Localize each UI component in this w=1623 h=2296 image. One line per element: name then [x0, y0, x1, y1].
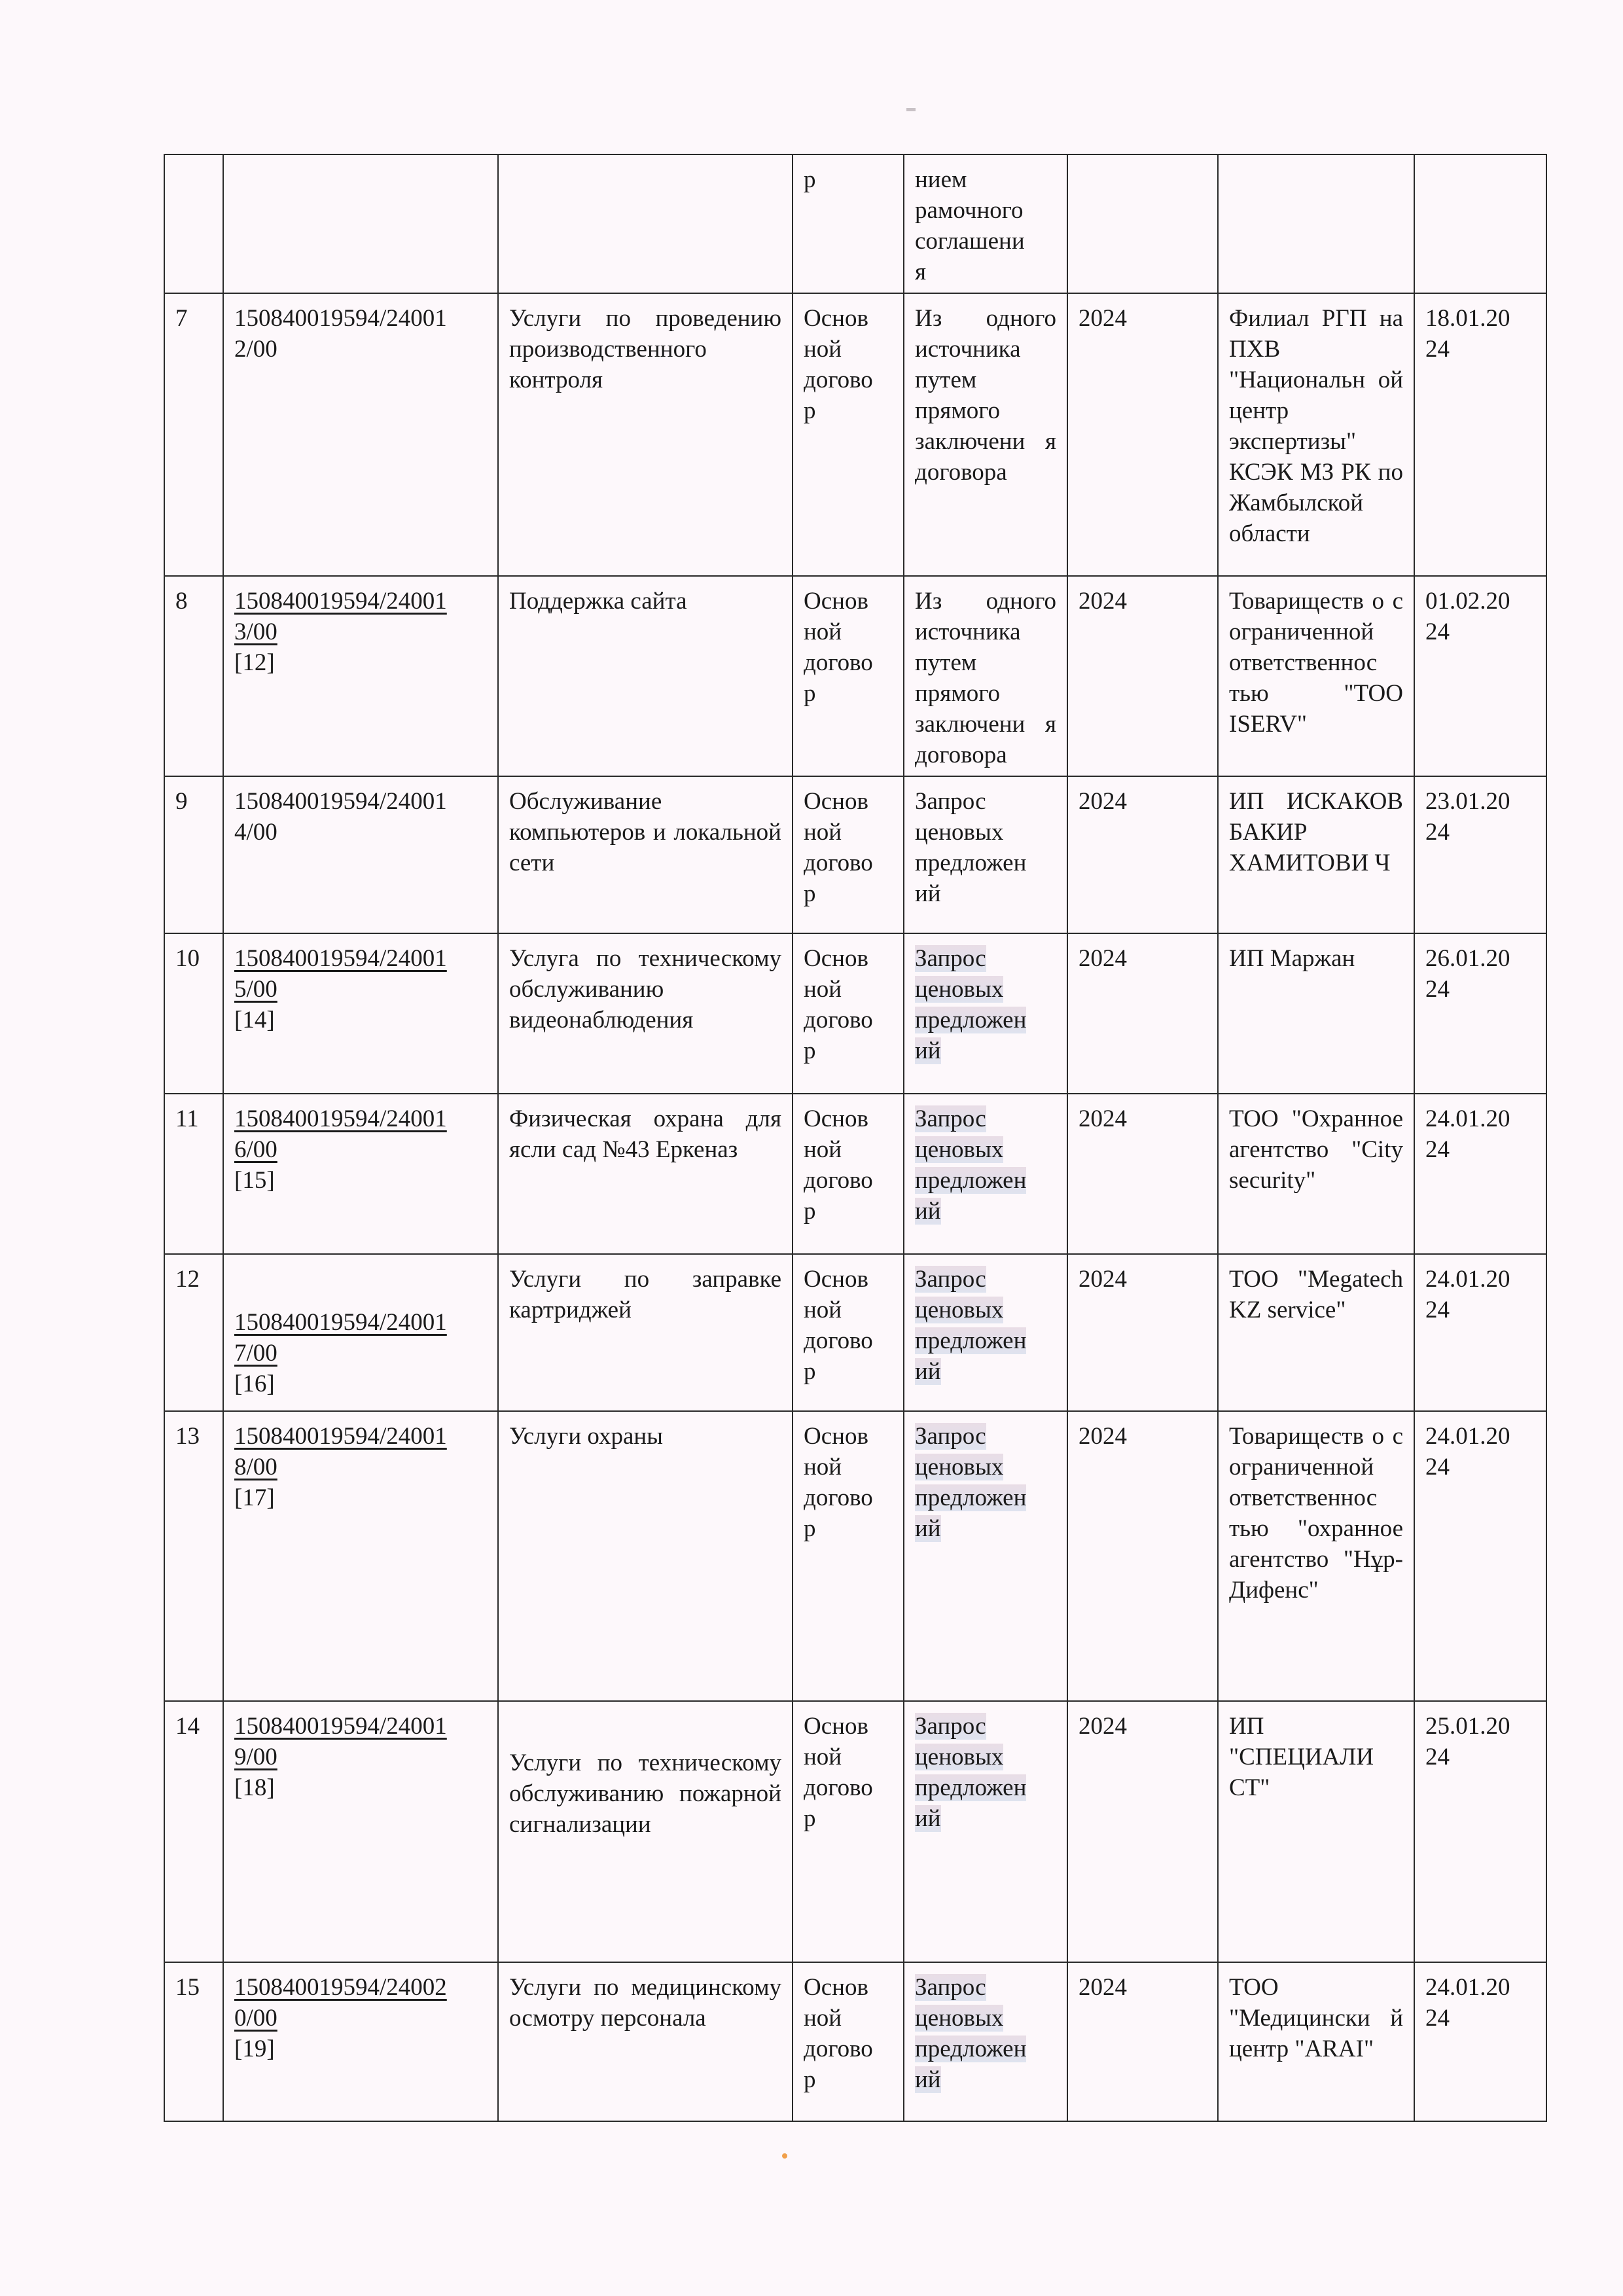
cell-date: 24.01.2024: [1414, 1411, 1546, 1701]
cell-date: 18.01.2024: [1414, 293, 1546, 576]
contract-type-part: догово: [804, 2034, 893, 2064]
cell-method: Запрос ценовых предложен ий: [904, 776, 1067, 933]
cell-contract-type: Основнойдоговор: [793, 1962, 904, 2121]
plan-code-line: 2/00: [234, 334, 487, 365]
plan-code-line[interactable]: 0/00: [234, 2003, 487, 2034]
cell-date: 26.01.2024: [1414, 933, 1546, 1094]
cell-subject: Услуги по проведению производственного к…: [498, 293, 793, 576]
cell-contract-type: Основнойдоговор: [793, 776, 904, 933]
cell-contract-type: Основнойдоговор: [793, 1701, 904, 1962]
date-part: 24: [1425, 1295, 1535, 1325]
cell-code: 150840019594/240013/00[12]: [223, 576, 498, 776]
footnote-ref: [14]: [234, 1005, 487, 1035]
scanned-page: р ниемрамочногосоглашения 7150840019594/…: [0, 0, 1623, 2296]
contract-type-part: р: [804, 2064, 893, 2095]
cell-subject: Обслуживание компьютеров и локальной сет…: [498, 776, 793, 933]
date-part: 24: [1425, 1742, 1535, 1772]
cell-supplier: Филиал РГП на ПХВ "Национальн ой центр э…: [1218, 293, 1414, 576]
cell-method: Запрос ценовых предложен ий: [904, 1701, 1067, 1962]
date-part: 24: [1425, 617, 1535, 647]
contract-type-part: ной: [804, 334, 893, 365]
date-part: 25.01.20: [1425, 1711, 1535, 1742]
table-row: 14150840019594/240019/00[18]Услуги по те…: [164, 1701, 1546, 1962]
table-row: 12150840019594/240017/00[16]Услуги по за…: [164, 1254, 1546, 1411]
contract-type-part: Основ: [804, 586, 893, 617]
table-row: 8150840019594/240013/00[12]Поддержка сай…: [164, 576, 1546, 776]
date-part: 24: [1425, 1134, 1535, 1165]
contract-type-part: ной: [804, 1742, 893, 1772]
contract-type-part: ной: [804, 617, 893, 647]
table-row-continuation: р ниемрамочногосоглашения: [164, 154, 1546, 293]
cell-code: 150840019594/240015/00[14]: [223, 933, 498, 1094]
contract-type-part: Основ: [804, 303, 893, 334]
cell-year: [1067, 154, 1218, 293]
cell-num: 12: [164, 1254, 223, 1411]
cell-num: 8: [164, 576, 223, 776]
contract-type-part: догово: [804, 365, 893, 395]
cell-year: 2024: [1067, 933, 1218, 1094]
cell-supplier: ТОО "Охранное агентство "City security": [1218, 1094, 1414, 1254]
plan-code-line[interactable]: 150840019594/24001: [234, 1713, 447, 1740]
date-part: 24.01.20: [1425, 1421, 1535, 1452]
contract-type-part: Основ: [804, 786, 893, 817]
date-part: 24: [1425, 974, 1535, 1005]
contract-type-part: догово: [804, 647, 893, 678]
plan-code-line[interactable]: 9/00: [234, 1742, 487, 1772]
cell-num: 10: [164, 933, 223, 1094]
plan-code-line[interactable]: 3/00: [234, 617, 487, 647]
date-part: 24: [1425, 2003, 1535, 2034]
cell-num: 11: [164, 1094, 223, 1254]
contract-type-part: р: [804, 1356, 893, 1387]
cell-subject: [498, 154, 793, 293]
procurement-method: Запрос ценовых предложен ий: [915, 788, 1026, 907]
cell-contract-type: Основнойдоговор: [793, 1411, 904, 1701]
table-row: 7150840019594/240012/00Услуги по проведе…: [164, 293, 1546, 576]
contract-type-part: догово: [804, 848, 893, 878]
cell-method: Запрос ценовых предложен ий: [904, 1094, 1067, 1254]
procurement-method: Запрос ценовых предложен ий: [915, 1974, 1026, 2093]
table-row: 9150840019594/240014/00Обслуживание комп…: [164, 776, 1546, 933]
cell-contract-type: Основнойдоговор: [793, 576, 904, 776]
cell-year: 2024: [1067, 576, 1218, 776]
contract-type-part: ной: [804, 1134, 893, 1165]
cell-method: Запрос ценовых предложен ий: [904, 1411, 1067, 1701]
date-part: 24.01.20: [1425, 1264, 1535, 1295]
cell-code: 150840019594/240019/00[18]: [223, 1701, 498, 1962]
cell-code: 150840019594/240014/00: [223, 776, 498, 933]
contract-type-part: Основ: [804, 1103, 893, 1134]
date-part: 24.01.20: [1425, 1972, 1535, 2003]
footnote-ref: [15]: [234, 1165, 487, 1196]
cell-date: 24.01.2024: [1414, 1254, 1546, 1411]
table-row: 11150840019594/240016/00[15]Физическая о…: [164, 1094, 1546, 1254]
plan-code-line: 150840019594/24001: [234, 303, 487, 334]
scan-artifact-speck: [906, 108, 916, 111]
procurement-method: Запрос ценовых предложен ий: [915, 1423, 1026, 1542]
contract-type-part: ной: [804, 1295, 893, 1325]
cell-date: 01.02.2024: [1414, 576, 1546, 776]
contract-type-part: догово: [804, 1165, 893, 1196]
cell-num: 15: [164, 1962, 223, 2121]
cell-year: 2024: [1067, 776, 1218, 933]
contract-type-part: ной: [804, 817, 893, 848]
date-part: 24: [1425, 334, 1535, 365]
cell-year: 2024: [1067, 1701, 1218, 1962]
cell-method: Из одного источника путем прямого заключ…: [904, 293, 1067, 576]
footnote-ref: [19]: [234, 2034, 487, 2064]
contract-type-part: р: [804, 1196, 893, 1227]
procurement-method: Запрос ценовых предложен ий: [915, 1105, 1026, 1225]
cell-subject: Услуга по техническому обслуживанию виде…: [498, 933, 793, 1094]
procurement-method: Из одного источника путем прямого заключ…: [915, 588, 1056, 768]
cell-year: 2024: [1067, 293, 1218, 576]
contract-type-part: ной: [804, 1452, 893, 1482]
cell-supplier: ТОО "Медицински й центр "ARAI": [1218, 1962, 1414, 2121]
cell-year: 2024: [1067, 1254, 1218, 1411]
table-row: 13150840019594/240018/00[17]Услуги охран…: [164, 1411, 1546, 1701]
contract-type-part: р: [804, 1035, 893, 1066]
cell-date: 24.01.2024: [1414, 1094, 1546, 1254]
cell-supplier: ИП Маржан: [1218, 933, 1414, 1094]
footnote-ref: [18]: [234, 1772, 487, 1803]
plan-code-line[interactable]: 150840019594/24001: [234, 1309, 447, 1336]
plan-code-line: 150840019594/24001: [234, 786, 487, 817]
cell-code: 150840019594/240016/00[15]: [223, 1094, 498, 1254]
cell-date: 25.01.2024: [1414, 1701, 1546, 1962]
table-row: 15150840019594/240020/00[19]Услуги по ме…: [164, 1962, 1546, 2121]
date-part: 24: [1425, 1452, 1535, 1482]
cell-supplier: ТОО "Megatech KZ service": [1218, 1254, 1414, 1411]
date-part: 23.01.20: [1425, 786, 1535, 817]
cell-supplier: [1218, 154, 1414, 293]
cell-code: 150840019594/240020/00[19]: [223, 1962, 498, 2121]
contract-type-part: р: [804, 1513, 893, 1544]
cell-contract-type: Основнойдоговор: [793, 1094, 904, 1254]
contract-type-part: Основ: [804, 1421, 893, 1452]
contract-type-part: Основ: [804, 1972, 893, 2003]
cell-subject: Поддержка сайта: [498, 576, 793, 776]
cell-subject: Услуги по заправке картриджей: [498, 1254, 793, 1411]
contract-type-part: ной: [804, 974, 893, 1005]
cell-date: 23.01.2024: [1414, 776, 1546, 933]
plan-code-line[interactable]: 6/00: [234, 1134, 487, 1165]
plan-code-line[interactable]: 150840019594/24001: [234, 588, 447, 615]
cell-code: 150840019594/240012/00: [223, 293, 498, 576]
cell-code: 150840019594/240018/00[17]: [223, 1411, 498, 1701]
footnote-ref: [17]: [234, 1482, 487, 1513]
contract-type-part: р: [804, 678, 893, 709]
procurement-register-table: р ниемрамочногосоглашения 7150840019594/…: [164, 154, 1547, 2122]
plan-code-line[interactable]: 150840019594/24001: [234, 1423, 447, 1450]
cell-contract-type: р: [793, 154, 904, 293]
cell-method: Запрос ценовых предложен ий: [904, 933, 1067, 1094]
contract-type-part: ной: [804, 2003, 893, 2034]
cell-num: 9: [164, 776, 223, 933]
cell-method: Запрос ценовых предложен ий: [904, 1962, 1067, 2121]
cell-num: 14: [164, 1701, 223, 1962]
cell-year: 2024: [1067, 1411, 1218, 1701]
cell-supplier: ИП "СПЕЦИАЛИ СТ": [1218, 1701, 1414, 1962]
table-row: 10150840019594/240015/00[14]Услуга по те…: [164, 933, 1546, 1094]
date-part: 26.01.20: [1425, 943, 1535, 974]
date-part: 01.02.20: [1425, 586, 1535, 617]
date-part: 24.01.20: [1425, 1103, 1535, 1134]
cell-date: 24.01.2024: [1414, 1962, 1546, 2121]
cell-subject: Услуги по техническому обслуживанию пожа…: [498, 1701, 793, 1962]
procurement-method: Запрос ценовых предложен ий: [915, 1266, 1026, 1385]
cell-year: 2024: [1067, 1962, 1218, 2121]
cell-num: 13: [164, 1411, 223, 1701]
cell-year: 2024: [1067, 1094, 1218, 1254]
procurement-method: Из одного источника путем прямого заключ…: [915, 305, 1056, 486]
date-part: 18.01.20: [1425, 303, 1535, 334]
cell-code: [223, 154, 498, 293]
cell-num: [164, 154, 223, 293]
footnote-ref: [16]: [234, 1369, 487, 1399]
cell-supplier: Товариществ о с ограниченной ответственн…: [1218, 1411, 1414, 1701]
plan-code-line[interactable]: 7/00: [234, 1338, 487, 1369]
contract-type-part: р: [804, 395, 893, 426]
procurement-method: Запрос ценовых предложен ий: [915, 1713, 1026, 1832]
cell-date: [1414, 154, 1546, 293]
contract-type-part: догово: [804, 1325, 893, 1356]
cell-subject: Услуги охраны: [498, 1411, 793, 1701]
contract-type-part: Основ: [804, 943, 893, 974]
contract-type-part: Основ: [804, 1711, 893, 1742]
date-part: 24: [1425, 817, 1535, 848]
cell-contract-type: Основнойдоговор: [793, 293, 904, 576]
footnote-ref: [12]: [234, 647, 487, 678]
cell-subject: Услуги по медицинскому осмотру персонала: [498, 1962, 793, 2121]
cell-supplier: ИП ИСКАКОВ БАКИР ХАМИТОВИ Ч: [1218, 776, 1414, 933]
plan-code-line[interactable]: 150840019594/24001: [234, 1105, 447, 1132]
scan-artifact-dot: [782, 2153, 787, 2159]
plan-code-line[interactable]: 150840019594/24001: [234, 945, 447, 972]
plan-code-line[interactable]: 8/00: [234, 1452, 487, 1482]
table-body: р ниемрамочногосоглашения 7150840019594/…: [164, 154, 1546, 2121]
plan-code-line[interactable]: 5/00: [234, 974, 487, 1005]
cell-subject: Физическая охрана для ясли сад №43 Еркен…: [498, 1094, 793, 1254]
cell-supplier: Товариществ о с ограниченной ответственн…: [1218, 576, 1414, 776]
contract-type-part: догово: [804, 1005, 893, 1035]
cell-method: ниемрамочногосоглашения: [904, 154, 1067, 293]
cell-method: Запрос ценовых предложен ий: [904, 1254, 1067, 1411]
cell-contract-type: Основнойдоговор: [793, 1254, 904, 1411]
cell-contract-type: Основнойдоговор: [793, 933, 904, 1094]
plan-code-line[interactable]: 150840019594/24002: [234, 1974, 447, 2001]
procurement-method: Запрос ценовых предложен ий: [915, 945, 1026, 1064]
contract-type-part: р: [804, 878, 893, 909]
contract-type-part: догово: [804, 1772, 893, 1803]
cell-code: 150840019594/240017/00[16]: [223, 1254, 498, 1411]
cell-num: 7: [164, 293, 223, 576]
cell-method: Из одного источника путем прямого заключ…: [904, 576, 1067, 776]
contract-type-part: догово: [804, 1482, 893, 1513]
plan-code-line: 4/00: [234, 817, 487, 848]
contract-type-part: Основ: [804, 1264, 893, 1295]
contract-type-part: р: [804, 1803, 893, 1834]
